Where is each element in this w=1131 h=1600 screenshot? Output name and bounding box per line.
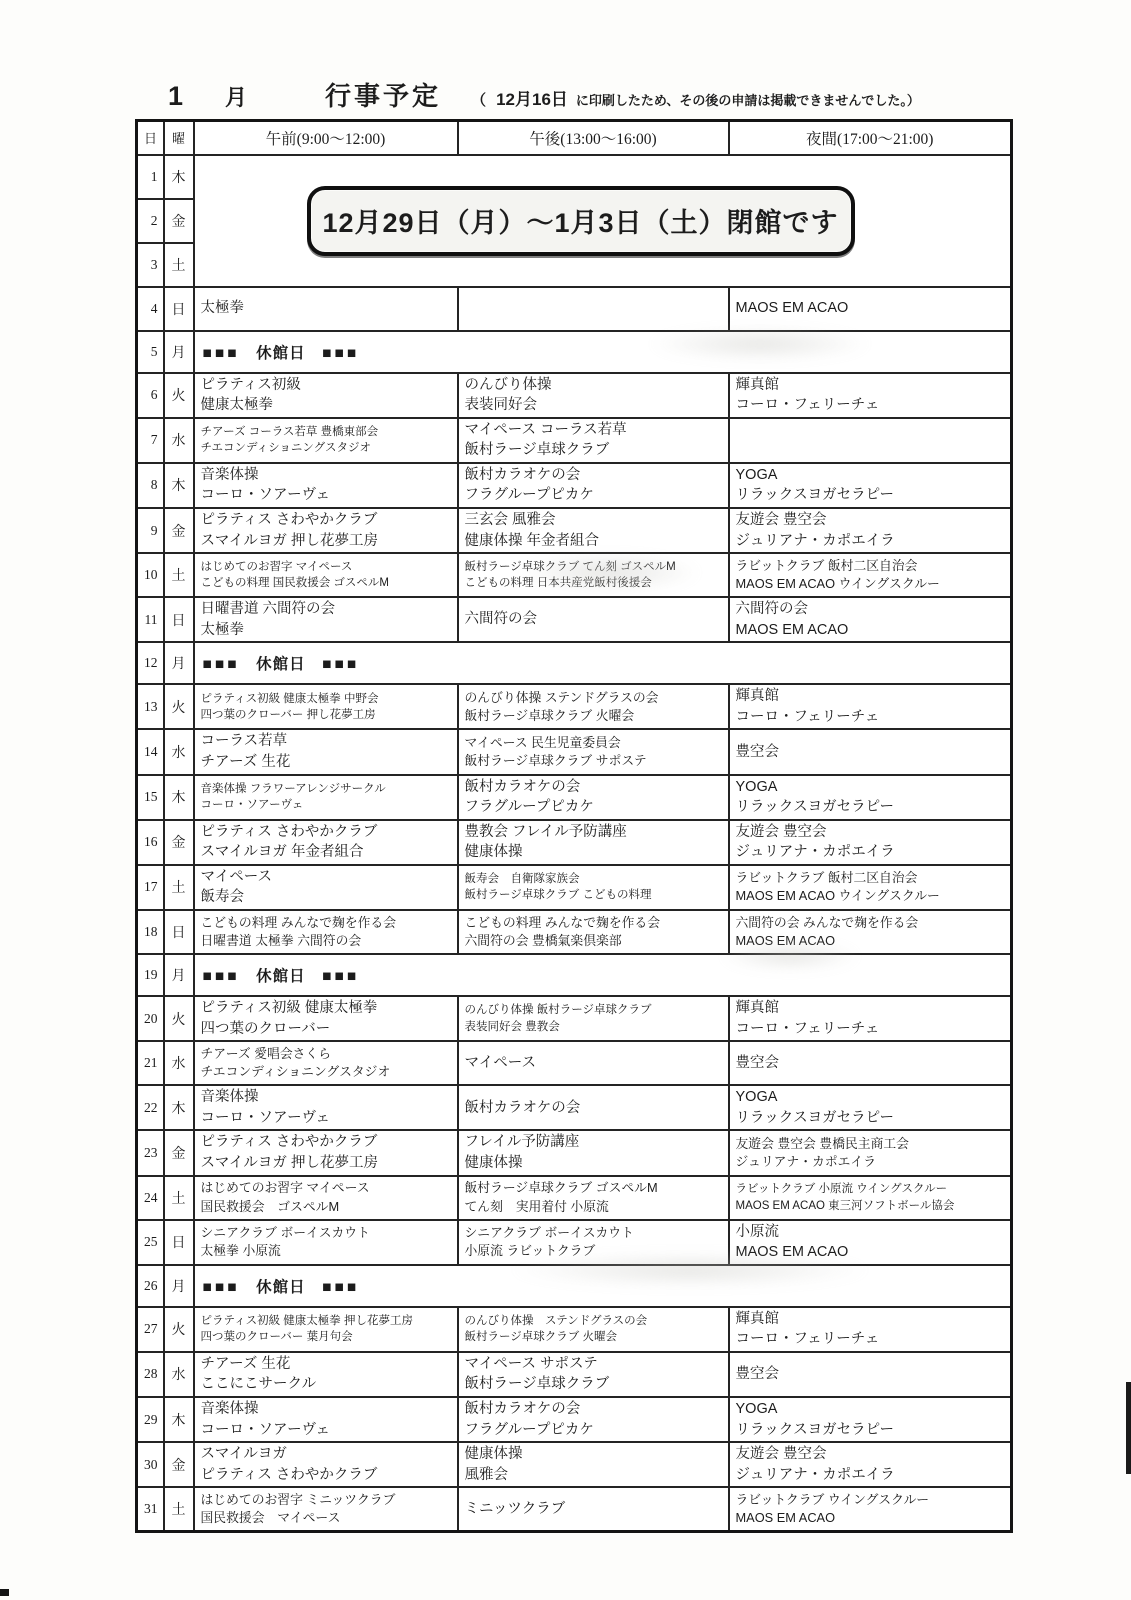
event-line: 健康体操: [465, 1153, 722, 1174]
event-line: 小原流 ラビットクラブ: [465, 1242, 722, 1260]
afternoon-events-cell: 飯村ラージ卓球クラブ てん刻 ゴスペルMこどもの料理 日本共産党飯村後援会: [458, 553, 729, 597]
morning-events-cell: はじめてのお習字 マイペース国民救援会 ゴスペルM: [194, 1176, 458, 1220]
closed-squares: ■■■: [322, 1279, 359, 1296]
event-line: ピラティス初級 健康太極拳: [201, 998, 451, 1019]
event-line: リラックスヨガセラピー: [736, 1420, 1005, 1441]
afternoon-events-cell: 健康体操風雅会: [458, 1442, 729, 1487]
morning-events-cell: ピラティス さわやかクラブスマイルヨガ 年金者組合: [194, 820, 458, 865]
closed-squares: ■■■: [322, 968, 359, 985]
table-row: 15木音楽体操 フラワーアレンジサークルコーロ・ソアーヴェ飯村カラオケの会フラグ…: [137, 775, 1012, 820]
event-line: 風雅会: [465, 1465, 722, 1486]
event-line: 豊教会 フレイル予防講座: [465, 822, 722, 843]
afternoon-events-cell: 飯村カラオケの会フラグループピカケ: [458, 775, 729, 820]
event-line: 国民救援会 ゴスペルM: [201, 1198, 451, 1216]
evening-events-cell: YOGAリラックスヨガセラピー: [729, 1085, 1012, 1130]
table-row: 4日太極拳MAOS EM ACAO: [137, 287, 1012, 331]
event-line: 飯村カラオケの会: [465, 777, 722, 798]
event-line: マイペース コーラス若草: [465, 420, 722, 441]
event-line: ピラティス初級 健康太極拳 中野会: [201, 691, 451, 707]
note-text: に印刷したため、その後の申請は掲載できませんでした。）: [576, 93, 920, 108]
event-line: フラグループピカケ: [465, 1420, 722, 1441]
event-line: リラックスヨガセラピー: [736, 485, 1005, 506]
event-line: ミニッツクラブ: [465, 1499, 722, 1520]
weekday-cell: 土: [164, 243, 194, 287]
event-line: 飯村ラージ卓球クラブ: [465, 440, 722, 461]
event-line: 輝真館: [736, 686, 1005, 707]
evening-events-cell: 小原流MAOS EM ACAO: [729, 1220, 1012, 1265]
table-row: 6火ピラティス初級健康太極拳のんびり体操表装同好会輝真館コーロ・フェリーチェ: [137, 373, 1012, 418]
table-row: 21水チアーズ 愛唱会さくらチエコンディショニングスタジオマイペース豊空会: [137, 1041, 1012, 1085]
morning-events-cell: こどもの料理 みんなで麹を作る会日曜書道 太極拳 六間符の会: [194, 910, 458, 954]
day-cell: 23: [137, 1130, 164, 1175]
event-line: コーロ・ソアーヴェ: [201, 485, 451, 506]
event-line: 太極拳: [201, 298, 451, 319]
closed-day-cell: ■■■ 休館日 ■■■: [194, 331, 1012, 373]
day-cell: 16: [137, 820, 164, 865]
table-row: 17土マイペース飯寿会飯寿会 自衛隊家族会飯村ラージ卓球クラブ こどもの料理ラビ…: [137, 865, 1012, 910]
weekday-cell: 水: [164, 1041, 194, 1085]
event-line: 飯村カラオケの会: [465, 1098, 722, 1119]
weekday-cell: 金: [164, 820, 194, 865]
event-line: 表装同好会: [465, 395, 722, 416]
afternoon-events-cell: 飯村カラオケの会フラグループピカケ: [458, 1397, 729, 1442]
event-line: ジュリアナ・カポエイラ: [736, 1465, 1005, 1486]
event-line: 健康太極拳: [201, 395, 451, 416]
evening-events-cell: 輝真館コーロ・フェリーチェ: [729, 996, 1012, 1041]
event-line: リラックスヨガセラピー: [736, 797, 1005, 818]
event-line: MAOS EM ACAO ウイングスクルー: [736, 887, 1005, 905]
weekday-cell: 日: [164, 910, 194, 954]
event-line: 健康体操 年金者組合: [465, 531, 722, 552]
day-cell: 21: [137, 1041, 164, 1085]
table-row: 13火ピラティス初級 健康太極拳 中野会四つ葉のクローバー 押し花夢工房のんびり…: [137, 684, 1012, 729]
morning-events-cell: 日曜書道 六間符の会太極拳: [194, 597, 458, 642]
closed-label: 休館日: [240, 1279, 323, 1296]
event-line: 豊空会: [736, 742, 1005, 763]
event-line: コーロ・ソアーヴェ: [201, 1420, 451, 1441]
evening-events-cell: 輝真館コーロ・フェリーチェ: [729, 1307, 1012, 1352]
afternoon-events-cell: 六間符の会: [458, 597, 729, 642]
closed-squares: ■■■: [322, 656, 359, 673]
event-line: YOGA: [736, 1087, 1005, 1108]
event-line: ジュリアナ・カポエイラ: [736, 531, 1005, 552]
scanned-schedule-page: 1 月 行事予定 （12月16日に印刷したため、その後の申請は掲載できませんでし…: [0, 0, 1131, 1600]
event-line: 太極拳: [201, 620, 451, 641]
event-line: MAOS EM ACAO: [736, 298, 1005, 319]
day-cell: 22: [137, 1085, 164, 1130]
event-line: 六間符の会 豊橋氣楽倶楽部: [465, 932, 722, 950]
evening-events-cell: 豊空会: [729, 1352, 1012, 1397]
event-line: 四つ葉のクローバー: [201, 1019, 451, 1040]
closed-squares: ■■■: [203, 656, 240, 673]
morning-events-cell: ピラティス初級 健康太極拳四つ葉のクローバー: [194, 996, 458, 1041]
morning-events-cell: チアーズ コーラス若草 豊橋東部会チエコンディショニングスタジオ: [194, 418, 458, 463]
header-weekday: 曜: [164, 121, 194, 155]
table-row: 9金ピラティス さわやかクラブスマイルヨガ 押し花夢工房三玄会 風雅会健康体操 …: [137, 508, 1012, 553]
event-line: 飯村ラージ卓球クラブ: [465, 1374, 722, 1395]
header-evening: 夜間(17:00～21:00): [729, 121, 1012, 155]
morning-events-cell: コーラス若草チアーズ 生花: [194, 729, 458, 774]
weekday-cell: 月: [164, 642, 194, 684]
morning-events-cell: 音楽体操コーロ・ソアーヴェ: [194, 1085, 458, 1130]
event-line: フレイル予防講座: [465, 1132, 722, 1153]
event-line: 飯村ラージ卓球クラブ サポステ: [465, 752, 722, 770]
closed-label: 休館日: [240, 345, 323, 362]
event-line: こどもの料理 みんなで麹を作る会: [465, 914, 722, 932]
evening-events-cell: YOGAリラックスヨガセラピー: [729, 463, 1012, 508]
table-row: 14水コーラス若草チアーズ 生花マイペース 民生児童委員会飯村ラージ卓球クラブ …: [137, 729, 1012, 774]
event-line: こどもの料理 みんなで麹を作る会: [201, 914, 451, 932]
event-line: 音楽体操 フラワーアレンジサークル: [201, 781, 451, 797]
event-line: 飯寿会: [201, 887, 451, 908]
day-cell: 18: [137, 910, 164, 954]
morning-events-cell: 音楽体操 フラワーアレンジサークルコーロ・ソアーヴェ: [194, 775, 458, 820]
event-line: のんびり体操 ステンドグラスの会: [465, 1313, 722, 1329]
table-row: 8木音楽体操コーロ・ソアーヴェ飯村カラオケの会フラグループピカケYOGAリラック…: [137, 463, 1012, 508]
weekday-cell: 木: [164, 155, 194, 199]
day-cell: 27: [137, 1307, 164, 1352]
day-cell: 4: [137, 287, 164, 331]
event-line: ジュリアナ・カポエイラ: [736, 842, 1005, 863]
afternoon-events-cell: シニアクラブ ボーイスカウト小原流 ラビットクラブ: [458, 1220, 729, 1265]
weekday-cell: 月: [164, 1265, 194, 1307]
event-line: 太極拳 小原流: [201, 1242, 451, 1260]
event-line: MAOS EM ACAO ウイングスクルー: [736, 575, 1005, 593]
event-line: MAOS EM ACAO: [736, 1509, 1005, 1527]
schedule-table-body: 1木12月29日（月）～1月3日（土）閉館です2金3土4日太極拳MAOS EM …: [137, 155, 1012, 1532]
weekday-cell: 木: [164, 1397, 194, 1442]
evening-events-cell: MAOS EM ACAO: [729, 287, 1012, 331]
day-cell: 2: [137, 199, 164, 243]
afternoon-events-cell: のんびり体操 飯村ラージ卓球クラブ表装同好会 豊教会: [458, 996, 729, 1041]
event-line: スマイルヨガ 押し花夢工房: [201, 531, 451, 552]
evening-events-cell: 友遊会 豊空会 豊橋民主商工会ジュリアナ・カポエイラ: [729, 1130, 1012, 1175]
closed-day-cell: ■■■ 休館日 ■■■: [194, 954, 1012, 996]
day-cell: 31: [137, 1487, 164, 1531]
afternoon-events-cell: こどもの料理 みんなで麹を作る会六間符の会 豊橋氣楽倶楽部: [458, 910, 729, 954]
event-line: スマイルヨガ 押し花夢工房: [201, 1153, 451, 1174]
event-line: マイペース: [465, 1053, 722, 1074]
table-row: 22木音楽体操コーロ・ソアーヴェ飯村カラオケの会YOGAリラックスヨガセラピー: [137, 1085, 1012, 1130]
event-line: 飯村ラージ卓球クラブ 火曜会: [465, 1329, 722, 1345]
event-line: チアーズ 生花: [201, 1354, 451, 1375]
table-row: 16金ピラティス さわやかクラブスマイルヨガ 年金者組合豊教会 フレイル予防講座…: [137, 820, 1012, 865]
day-cell: 14: [137, 729, 164, 774]
evening-events-cell: ラビットクラブ ウイングスクルーMAOS EM ACAO: [729, 1487, 1012, 1531]
event-line: MAOS EM ACAO: [736, 620, 1005, 641]
closure-banner-cell: 12月29日（月）～1月3日（土）閉館です: [194, 155, 1012, 287]
morning-events-cell: はじめてのお習字 ミニッツクラブ国民救援会 マイペース: [194, 1487, 458, 1531]
day-cell: 19: [137, 954, 164, 996]
event-line: 音楽体操: [201, 1087, 451, 1108]
table-row: 7水チアーズ コーラス若草 豊橋東部会チエコンディショニングスタジオマイペース …: [137, 418, 1012, 463]
event-line: ラビットクラブ 飯村二区自治会: [736, 869, 1005, 887]
event-line: 豊空会: [736, 1053, 1005, 1074]
event-line: 六間符の会: [736, 599, 1005, 620]
event-line: チエコンディショニングスタジオ: [201, 440, 451, 456]
day-cell: 8: [137, 463, 164, 508]
event-line: 六間符の会: [465, 609, 722, 630]
table-row: 20火ピラティス初級 健康太極拳四つ葉のクローバーのんびり体操 飯村ラージ卓球ク…: [137, 996, 1012, 1041]
event-line: ジュリアナ・カポエイラ: [736, 1153, 1005, 1171]
weekday-cell: 火: [164, 684, 194, 729]
table-row: 23金ピラティス さわやかクラブスマイルヨガ 押し花夢工房フレイル予防講座健康体…: [137, 1130, 1012, 1175]
event-line: MAOS EM ACAO: [736, 932, 1005, 950]
weekday-cell: 土: [164, 553, 194, 597]
event-line: ピラティス さわやかクラブ: [201, 1132, 451, 1153]
afternoon-events-cell: マイペース コーラス若草飯村ラージ卓球クラブ: [458, 418, 729, 463]
note-open-paren: （: [471, 92, 486, 109]
weekday-cell: 金: [164, 1442, 194, 1487]
event-line: 飯寿会 自衛隊家族会: [465, 871, 722, 887]
event-line: 四つ葉のクローバー 葉月句会: [201, 1329, 451, 1345]
event-line: コーラス若草: [201, 731, 451, 752]
event-line: スマイルヨガ 年金者組合: [201, 842, 451, 863]
morning-events-cell: 音楽体操コーロ・ソアーヴェ: [194, 1397, 458, 1442]
event-line: のんびり体操 飯村ラージ卓球クラブ: [465, 1002, 722, 1018]
morning-events-cell: ピラティス初級健康太極拳: [194, 373, 458, 418]
closed-day-cell: ■■■ 休館日 ■■■: [194, 1265, 1012, 1307]
event-line: はじめてのお習字 ミニッツクラブ: [201, 1491, 451, 1509]
evening-events-cell: 六間符の会MAOS EM ACAO: [729, 597, 1012, 642]
event-line: 飯村ラージ卓球クラブ 火曜会: [465, 707, 722, 725]
morning-events-cell: マイペース飯寿会: [194, 865, 458, 910]
afternoon-events-cell: 豊教会 フレイル予防講座健康体操: [458, 820, 729, 865]
morning-events-cell: ピラティス初級 健康太極拳 中野会四つ葉のクローバー 押し花夢工房: [194, 684, 458, 729]
day-cell: 7: [137, 418, 164, 463]
event-line: 健康体操: [465, 842, 722, 863]
event-line: YOGA: [736, 465, 1005, 486]
note-print-date: 12月16日: [496, 90, 568, 109]
table-row: 1木12月29日（月）～1月3日（土）閉館です: [137, 155, 1012, 199]
afternoon-events-cell: フレイル予防講座健康体操: [458, 1130, 729, 1175]
closed-squares: ■■■: [203, 1279, 240, 1296]
event-line: 輝真館: [736, 998, 1005, 1019]
event-line: ピラティス初級: [201, 375, 451, 396]
event-line: 輝真館: [736, 375, 1005, 396]
morning-events-cell: チアーズ 生花ここにこサークル: [194, 1352, 458, 1397]
title-print-note: （12月16日に印刷したため、その後の申請は掲載できませんでした。）: [471, 85, 920, 110]
event-line: マイペース サポステ: [465, 1354, 722, 1375]
afternoon-events-cell: のんびり体操 ステンドグラスの会飯村ラージ卓球クラブ 火曜会: [458, 684, 729, 729]
evening-events-cell: 豊空会: [729, 729, 1012, 774]
closed-squares: ■■■: [203, 345, 240, 362]
weekday-cell: 土: [164, 1487, 194, 1531]
evening-events-cell: 輝真館コーロ・フェリーチェ: [729, 373, 1012, 418]
evening-events-cell: 友遊会 豊空会ジュリアナ・カポエイラ: [729, 1442, 1012, 1487]
weekday-cell: 土: [164, 1176, 194, 1220]
event-line: ラビットクラブ 小原流 ウイングスクルー: [736, 1181, 1005, 1197]
morning-events-cell: はじめてのお習字 マイペースこどもの料理 国民救援会 ゴスペルM: [194, 553, 458, 597]
weekday-cell: 日: [164, 287, 194, 331]
event-line: 三玄会 風雅会: [465, 510, 722, 531]
event-line: チアーズ コーラス若草 豊橋東部会: [201, 424, 451, 440]
event-line: 友遊会 豊空会: [736, 510, 1005, 531]
morning-events-cell: ピラティス さわやかクラブスマイルヨガ 押し花夢工房: [194, 508, 458, 553]
event-line: 友遊会 豊空会: [736, 1444, 1005, 1465]
weekday-cell: 木: [164, 775, 194, 820]
weekday-cell: 火: [164, 373, 194, 418]
day-cell: 17: [137, 865, 164, 910]
event-line: コーロ・フェリーチェ: [736, 395, 1005, 416]
day-cell: 15: [137, 775, 164, 820]
event-line: 四つ葉のクローバー 押し花夢工房: [201, 707, 451, 723]
weekday-cell: 水: [164, 1352, 194, 1397]
evening-events-cell: 友遊会 豊空会ジュリアナ・カポエイラ: [729, 508, 1012, 553]
weekday-cell: 木: [164, 463, 194, 508]
event-line: 日曜書道 六間符の会: [201, 599, 451, 620]
evening-events-cell: [729, 418, 1012, 463]
event-line: 音楽体操: [201, 465, 451, 486]
closed-label: 休館日: [240, 656, 323, 673]
closure-banner: 12月29日（月）～1月3日（土）閉館です: [307, 186, 855, 256]
evening-events-cell: ラビットクラブ 小原流 ウイングスクルーMAOS EM ACAO 東三河ソフトボ…: [729, 1176, 1012, 1220]
day-cell: 25: [137, 1220, 164, 1265]
table-row: 30金スマイルヨガピラティス さわやかクラブ健康体操風雅会友遊会 豊空会ジュリア…: [137, 1442, 1012, 1487]
day-cell: 20: [137, 996, 164, 1041]
weekday-cell: 火: [164, 996, 194, 1041]
event-line: 表装同好会 豊教会: [465, 1019, 722, 1035]
morning-events-cell: 太極拳: [194, 287, 458, 331]
event-line: チアーズ 生花: [201, 752, 451, 773]
header-afternoon: 午後(13:00～16:00): [458, 121, 729, 155]
table-header-row: 日 曜 午前(9:00～12:00) 午後(13:00～16:00) 夜間(17…: [137, 121, 1012, 155]
event-line: こどもの料理 国民救援会 ゴスペルM: [201, 575, 451, 591]
header-morning: 午前(9:00～12:00): [194, 121, 458, 155]
morning-events-cell: ピラティス初級 健康太極拳 押し花夢工房四つ葉のクローバー 葉月句会: [194, 1307, 458, 1352]
table-row: 10土はじめてのお習字 マイペースこどもの料理 国民救援会 ゴスペルM飯村ラージ…: [137, 553, 1012, 597]
event-line: 豊空会: [736, 1364, 1005, 1385]
event-line: コーロ・フェリーチェ: [736, 1329, 1005, 1350]
morning-events-cell: 音楽体操コーロ・ソアーヴェ: [194, 463, 458, 508]
event-line: 六間符の会 みんなで麹を作る会: [736, 914, 1005, 932]
closed-squares: ■■■: [322, 345, 359, 362]
table-row: 28水チアーズ 生花ここにこサークルマイペース サポステ飯村ラージ卓球クラブ豊空…: [137, 1352, 1012, 1397]
event-line: シニアクラブ ボーイスカウト: [465, 1224, 722, 1242]
day-cell: 29: [137, 1397, 164, 1442]
title-month-kanji: 月: [225, 81, 247, 112]
closed-label: 休館日: [240, 968, 323, 985]
event-line: 飯村ラージ卓球クラブ こどもの料理: [465, 887, 722, 903]
closed-day-cell: ■■■ 休館日 ■■■: [194, 642, 1012, 684]
evening-events-cell: YOGAリラックスヨガセラピー: [729, 1397, 1012, 1442]
event-line: ラビットクラブ ウイングスクルー: [736, 1491, 1005, 1509]
event-line: MAOS EM ACAO 東三河ソフトボール協会: [736, 1198, 1005, 1214]
day-cell: 11: [137, 597, 164, 642]
schedule-table: 日 曜 午前(9:00～12:00) 午後(13:00～16:00) 夜間(17…: [135, 119, 1013, 1533]
afternoon-events-cell: マイペース 民生児童委員会飯村ラージ卓球クラブ サポステ: [458, 729, 729, 774]
event-line: のんびり体操 ステンドグラスの会: [465, 689, 722, 707]
event-line: のんびり体操: [465, 375, 722, 396]
day-cell: 9: [137, 508, 164, 553]
afternoon-events-cell: 飯村カラオケの会フラグループピカケ: [458, 463, 729, 508]
weekday-cell: 水: [164, 418, 194, 463]
event-line: チエコンディショニングスタジオ: [201, 1063, 451, 1081]
event-line: ラビットクラブ 飯村二区自治会: [736, 557, 1005, 575]
afternoon-events-cell: 飯村カラオケの会: [458, 1085, 729, 1130]
scan-artifact: [1126, 1382, 1131, 1474]
event-line: コーロ・ソアーヴェ: [201, 1108, 451, 1129]
event-line: コーロ・フェリーチェ: [736, 707, 1005, 728]
day-cell: 1: [137, 155, 164, 199]
afternoon-events-cell: ミニッツクラブ: [458, 1487, 729, 1531]
event-line: 輝真館: [736, 1309, 1005, 1330]
event-line: スマイルヨガ: [201, 1444, 451, 1465]
event-line: YOGA: [736, 1399, 1005, 1420]
scan-artifact: [0, 1589, 9, 1596]
event-line: シニアクラブ ボーイスカウト: [201, 1224, 451, 1242]
afternoon-events-cell: マイペース サポステ飯村ラージ卓球クラブ: [458, 1352, 729, 1397]
table-row: 11日日曜書道 六間符の会太極拳六間符の会六間符の会MAOS EM ACAO: [137, 597, 1012, 642]
event-line: 飯村カラオケの会: [465, 1399, 722, 1420]
event-line: 飯村ラージ卓球クラブ ゴスペルM: [465, 1179, 722, 1197]
afternoon-events-cell: 飯村ラージ卓球クラブ ゴスペルMてん刻 実用着付 小原流: [458, 1176, 729, 1220]
afternoon-events-cell: のんびり体操表装同好会: [458, 373, 729, 418]
weekday-cell: 金: [164, 199, 194, 243]
day-cell: 26: [137, 1265, 164, 1307]
event-line: てん刻 実用着付 小原流: [465, 1198, 722, 1216]
day-cell: 6: [137, 373, 164, 418]
event-line: 飯村ラージ卓球クラブ てん刻 ゴスペルM: [465, 559, 722, 575]
weekday-cell: 水: [164, 729, 194, 774]
event-line: はじめてのお習字 マイペース: [201, 559, 451, 575]
event-line: 国民救援会 マイペース: [201, 1509, 451, 1527]
morning-events-cell: ピラティス さわやかクラブスマイルヨガ 押し花夢工房: [194, 1130, 458, 1175]
afternoon-events-cell: 三玄会 風雅会健康体操 年金者組合: [458, 508, 729, 553]
weekday-cell: 金: [164, 1130, 194, 1175]
table-row: 5月■■■ 休館日 ■■■: [137, 331, 1012, 373]
table-row: 26月■■■ 休館日 ■■■: [137, 1265, 1012, 1307]
weekday-cell: 月: [164, 954, 194, 996]
event-line: 飯村カラオケの会: [465, 465, 722, 486]
header-day: 日: [137, 121, 164, 155]
event-line: ピラティス初級 健康太極拳 押し花夢工房: [201, 1313, 451, 1329]
weekday-cell: 土: [164, 865, 194, 910]
evening-events-cell: YOGAリラックスヨガセラピー: [729, 775, 1012, 820]
event-line: リラックスヨガセラピー: [736, 1108, 1005, 1129]
weekday-cell: 金: [164, 508, 194, 553]
event-line: フラグループピカケ: [465, 485, 722, 506]
day-cell: 10: [137, 553, 164, 597]
table-row: 12月■■■ 休館日 ■■■: [137, 642, 1012, 684]
event-line: YOGA: [736, 777, 1005, 798]
morning-events-cell: スマイルヨガピラティス さわやかクラブ: [194, 1442, 458, 1487]
weekday-cell: 火: [164, 1307, 194, 1352]
weekday-cell: 月: [164, 331, 194, 373]
afternoon-events-cell: マイペース: [458, 1041, 729, 1085]
table-row: 29木音楽体操コーロ・ソアーヴェ飯村カラオケの会フラグループピカケYOGAリラッ…: [137, 1397, 1012, 1442]
day-cell: 3: [137, 243, 164, 287]
day-cell: 28: [137, 1352, 164, 1397]
event-line: コーロ・フェリーチェ: [736, 1019, 1005, 1040]
weekday-cell: 木: [164, 1085, 194, 1130]
closed-squares: ■■■: [203, 968, 240, 985]
event-line: はじめてのお習字 マイペース: [201, 1179, 451, 1197]
table-row: 25日シニアクラブ ボーイスカウト太極拳 小原流シニアクラブ ボーイスカウト小原…: [137, 1220, 1012, 1265]
event-line: ピラティス さわやかクラブ: [201, 1465, 451, 1486]
title-month-number: 1: [168, 81, 183, 112]
evening-events-cell: 豊空会: [729, 1041, 1012, 1085]
page-title: 1 月 行事予定 （12月16日に印刷したため、その後の申請は掲載できませんでし…: [168, 76, 920, 113]
event-line: MAOS EM ACAO: [736, 1242, 1005, 1263]
event-line: マイペース: [201, 867, 451, 888]
table-row: 19月■■■ 休館日 ■■■: [137, 954, 1012, 996]
afternoon-events-cell: 飯寿会 自衛隊家族会飯村ラージ卓球クラブ こどもの料理: [458, 865, 729, 910]
event-line: 日曜書道 太極拳 六間符の会: [201, 932, 451, 950]
weekday-cell: 日: [164, 1220, 194, 1265]
event-line: チアーズ 愛唱会さくら: [201, 1045, 451, 1063]
event-line: 音楽体操: [201, 1399, 451, 1420]
